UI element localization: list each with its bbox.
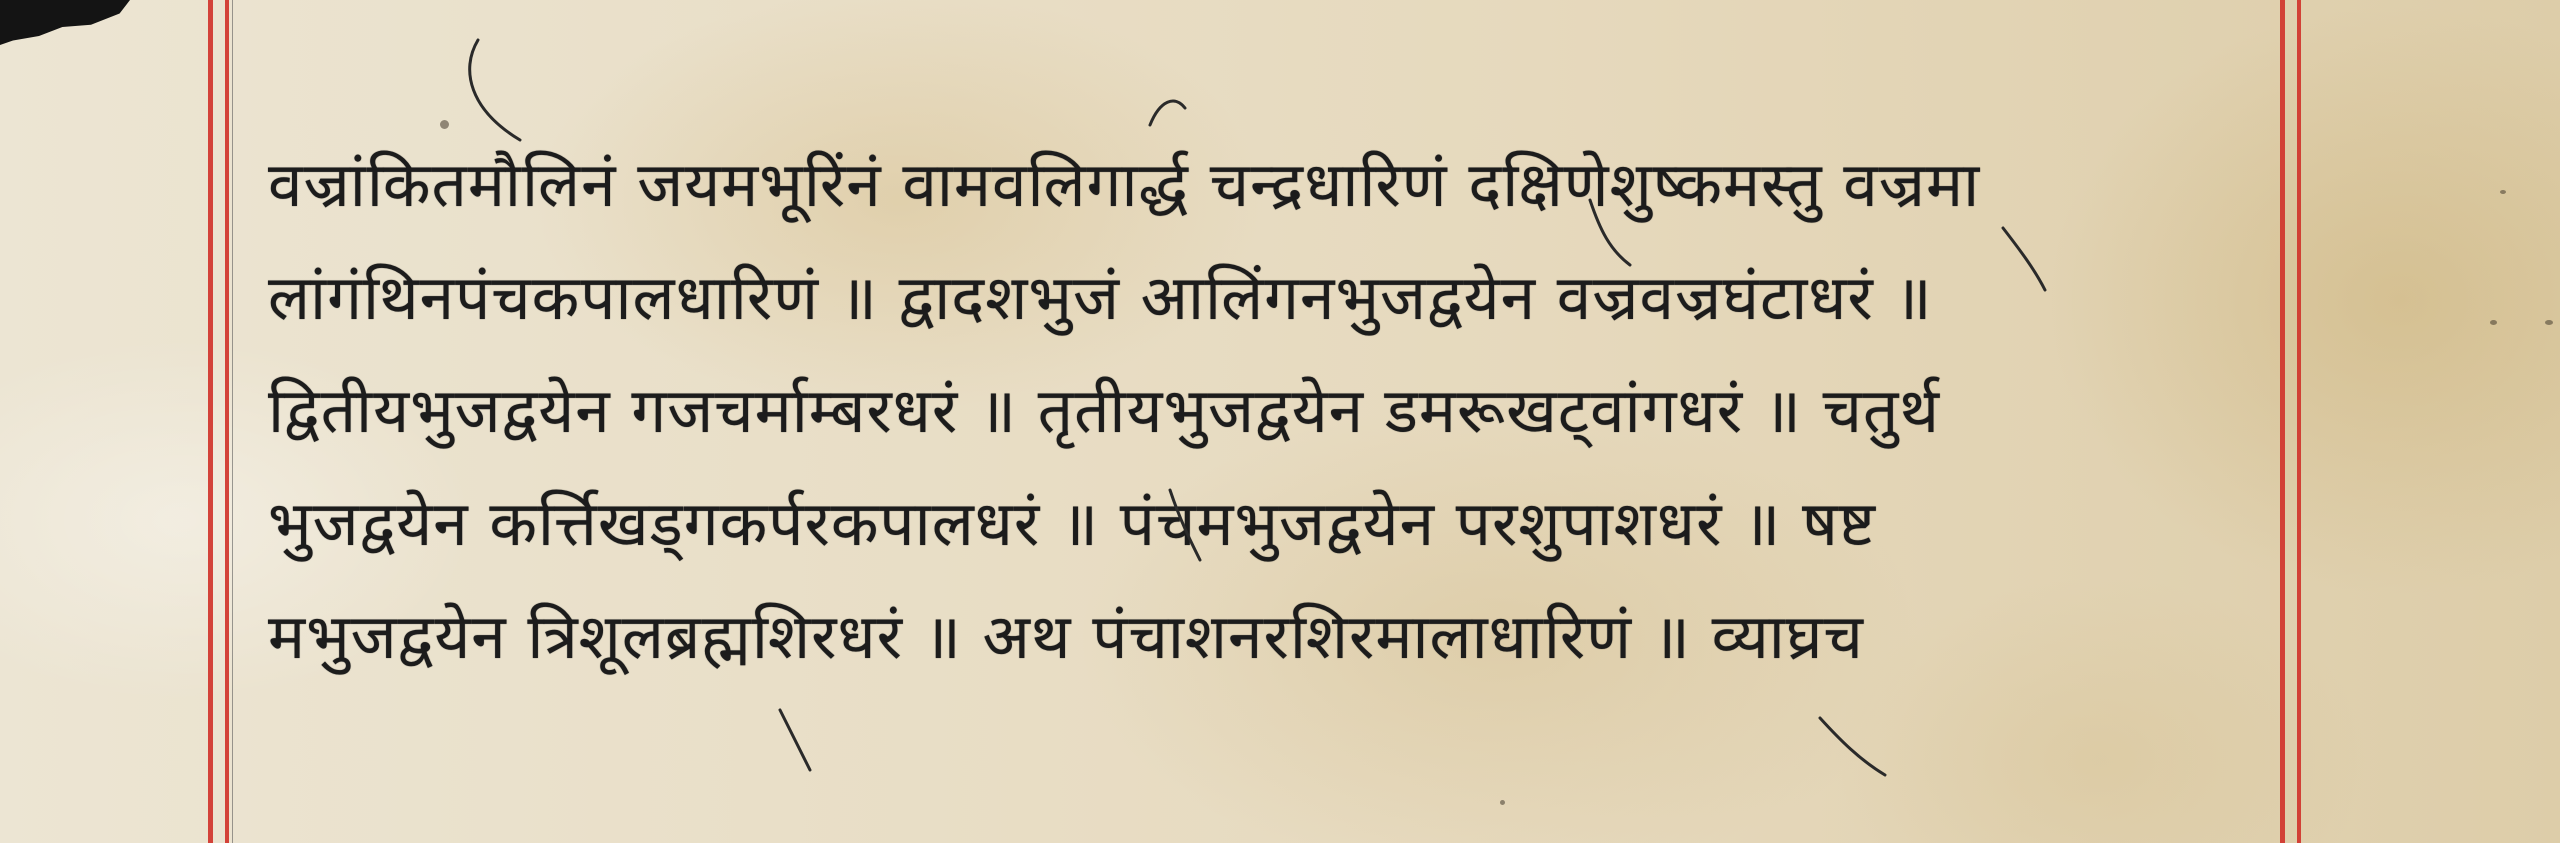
manuscript-text-block: वज्रांकितमौलिनं जयमभूरिंनं वामवलिगार्द्ध…	[268, 128, 2278, 693]
paper-speck	[1500, 800, 1505, 805]
right-margin-rule-outer	[2297, 0, 2301, 843]
left-margin-rule-outer	[208, 0, 213, 843]
text-line-5: मभुजद्वयेन त्रिशूलब्रह्मशिरधरं ॥ अथ पंचा…	[268, 580, 2278, 693]
text-line-2: लांगंथिनपंचकपालधारिणं ॥ द्वादशभुजं आलिंग…	[268, 241, 2278, 354]
paper-speck	[2545, 320, 2553, 325]
text-line-4: भुजद्वयेन कर्त्तिखड्गकर्परकपालधरं ॥ पंचम…	[268, 467, 2278, 580]
right-margin-rule-inner	[2280, 0, 2285, 843]
left-pencil-guide	[232, 0, 233, 843]
left-margin-rule-inner	[225, 0, 229, 843]
text-line-3: द्वितीयभुजद्वयेन गजचर्माम्बरधरं ॥ तृतीयभ…	[268, 354, 2278, 467]
manuscript-folio: वज्रांकितमौलिनं जयमभूरिंनं वामवलिगार्द्ध…	[0, 0, 2560, 843]
torn-paper-corner	[0, 0, 130, 45]
paper-speck	[2490, 320, 2497, 325]
text-line-1: वज्रांकितमौलिनं जयमभूरिंनं वामवलिगार्द्ध…	[268, 128, 2278, 241]
paper-speck	[2500, 190, 2506, 194]
